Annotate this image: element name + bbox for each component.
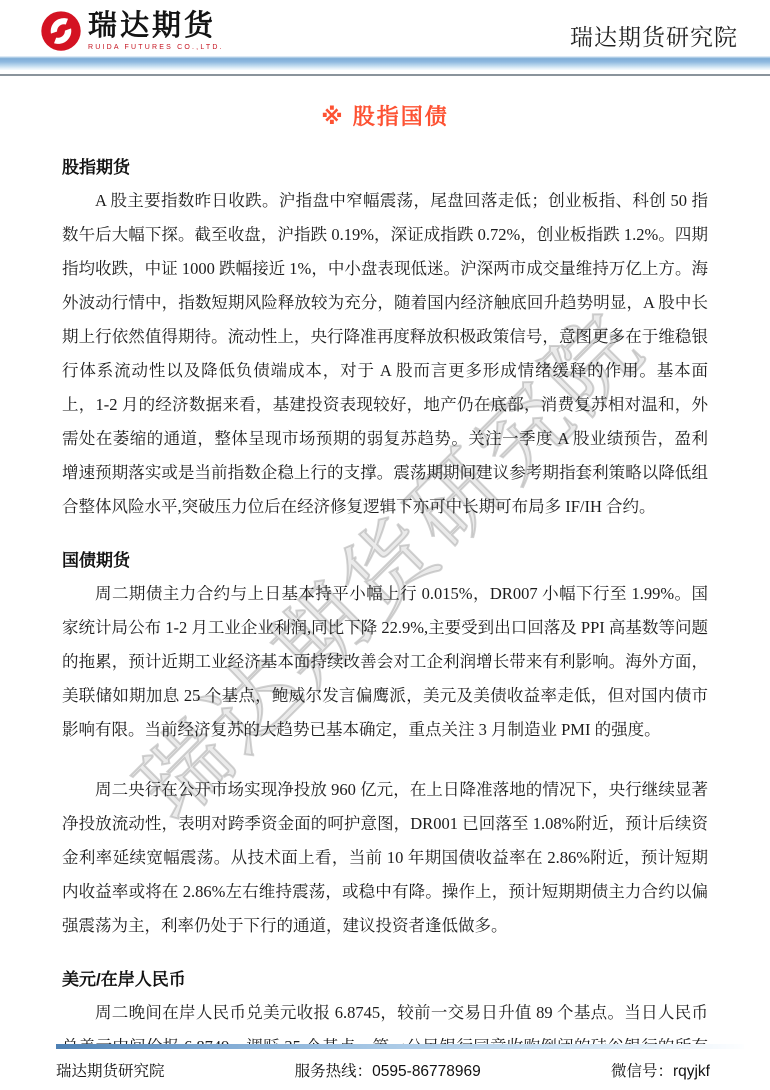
report-content: ※ 股指国债 股指期货 A 股主要指数昨日收跌。沪指盘中窄幅震荡，尾盘回落走低；… <box>0 100 770 1090</box>
institute-title: 瑞达期货研究院 <box>570 19 738 54</box>
brand-text-block: 瑞达期货 RUIDA FUTURES CO.,LTD. <box>88 12 224 51</box>
page-header: 瑞达期货 RUIDA FUTURES CO.,LTD. 瑞达期货研究院 <box>0 0 770 56</box>
section-paragraph: 周二央行在公开市场实现净投放 960 亿元，在上日降准落地的情况下，央行继续显著… <box>62 773 708 943</box>
section-paragraph: A 股主要指数昨日收跌。沪指盘中窄幅震荡，尾盘回落走低；创业板指、科创 50 指… <box>62 184 708 524</box>
page-footer: 瑞达期货研究院 服务热线：0595-86778969 微信号：rqyjkf <box>0 1044 770 1090</box>
report-page: 瑞达期货 RUIDA FUTURES CO.,LTD. 瑞达期货研究院 瑞达期货… <box>0 0 770 1090</box>
section-heading: 股指期货 <box>62 153 708 178</box>
footer-institute: 瑞达期货研究院 <box>56 1059 165 1081</box>
section-paragraph: 周二期债主力合约与上日基本持平小幅上行 0.015%，DR007 小幅下行至 1… <box>62 577 708 747</box>
brand-name-cn: 瑞达期货 <box>88 12 224 41</box>
section-treasury-futures: 国债期货 周二期债主力合约与上日基本持平小幅上行 0.015%，DR007 小幅… <box>62 546 708 943</box>
ruida-logo-icon <box>40 10 82 52</box>
company-logo: 瑞达期货 RUIDA FUTURES CO.,LTD. <box>40 10 224 52</box>
footer-text-row: 瑞达期货研究院 服务热线：0595-86778969 微信号：rqyjkf <box>0 1049 770 1081</box>
section-heading: 美元/在岸人民币 <box>62 965 708 990</box>
section-stock-index-futures: 股指期货 A 股主要指数昨日收跌。沪指盘中窄幅震荡，尾盘回落走低；创业板指、科创… <box>62 153 708 524</box>
footer-wechat: 微信号：rqyjkf <box>611 1059 710 1081</box>
header-divider-bar <box>0 56 770 70</box>
section-heading: 国债期货 <box>62 546 708 571</box>
footer-hotline: 服务热线：0595-86778969 <box>295 1059 481 1081</box>
header-underline <box>0 74 770 76</box>
brand-name-en: RUIDA FUTURES CO.,LTD. <box>88 44 224 51</box>
page-title: ※ 股指国债 <box>62 100 708 131</box>
